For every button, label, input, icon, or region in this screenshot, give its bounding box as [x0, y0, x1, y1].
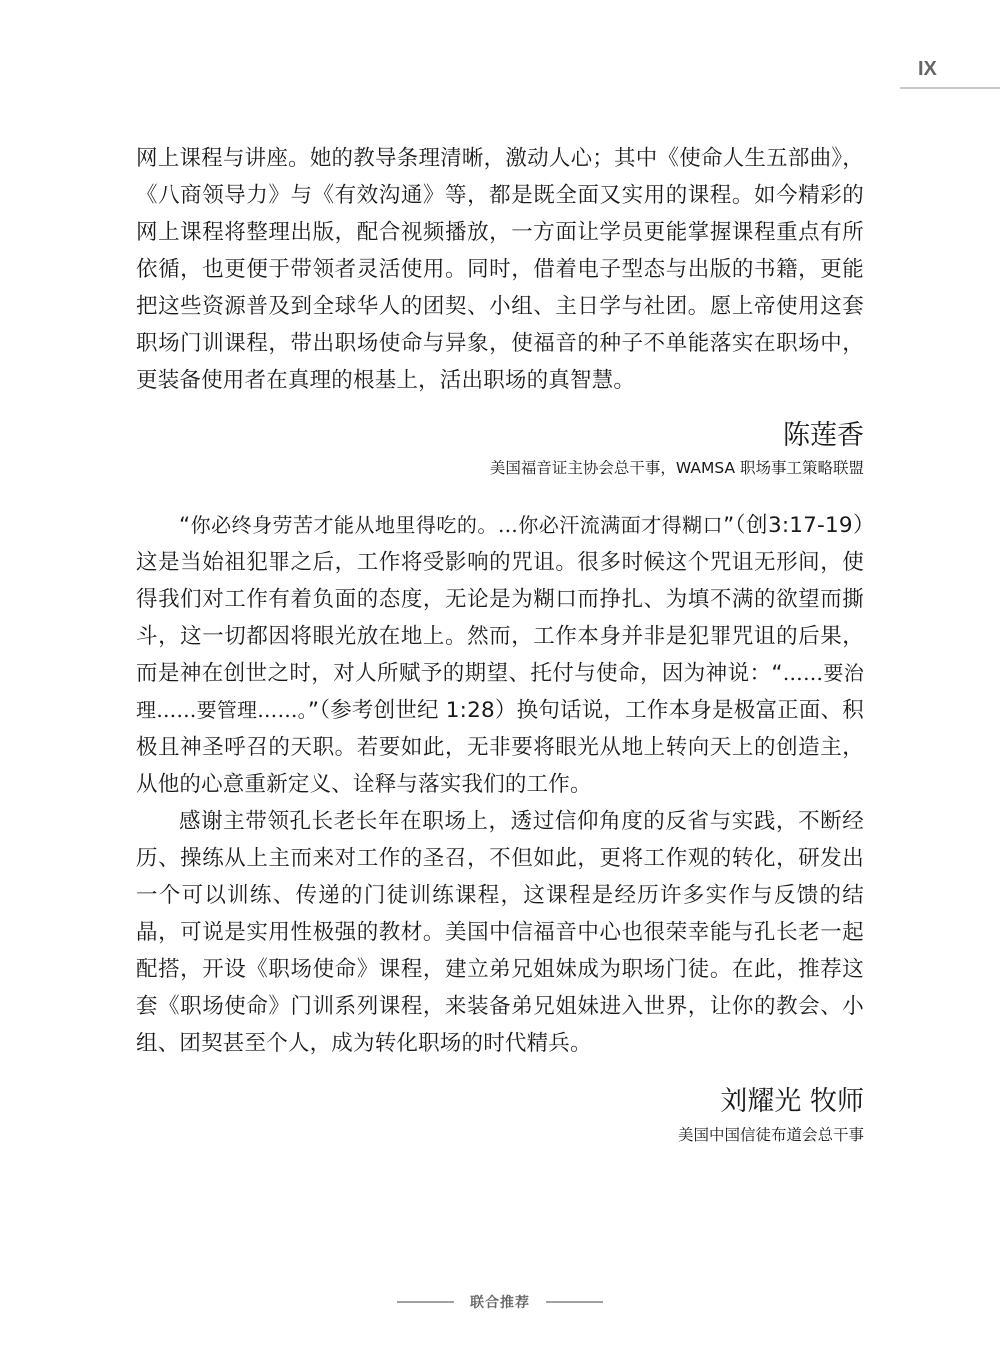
recommendation-paragraph-2: 感谢主带领孔长老长年在职场上，透过信仰角度的反省与实践，不断经历、操练从上主而来… — [136, 803, 864, 1062]
header-divider — [900, 87, 1000, 89]
quote-close-mark: ” — [723, 513, 734, 538]
quote-open-mark: “ — [179, 513, 190, 538]
section-label: 联合推荐 — [470, 1292, 530, 1312]
recommendation-chen: 网上课程与讲座。她的教导条理清晰，激动人心；其中《使命人生五部曲》，《八商领导力… — [136, 140, 864, 479]
signature-name: 刘耀光 牧师 — [136, 1085, 864, 1119]
scripture-quote: 你必终身劳苦才能从地里得吃的。…你必汗流满面才得糊口 — [190, 513, 723, 537]
footer-divider-left — [397, 1301, 454, 1303]
signature-title: 美国中国信徒布道会总干事 — [136, 1124, 864, 1146]
recommendation-paragraph: 网上课程与讲座。她的教导条理清晰，激动人心；其中《使命人生五部曲》，《八商领导力… — [136, 140, 864, 399]
paragraph-text: （创3:17-19）这是当始祖犯罪之后，工作将受影响的咒诅。很多时候这个咒诅无形… — [136, 513, 864, 686]
signature-name: 陈莲香 — [136, 419, 864, 453]
signature-title: 美国福音证主协会总干事，WAMSA 职场事工策略联盟 — [136, 457, 864, 479]
footer-divider-right — [546, 1301, 603, 1303]
page-content: 网上课程与讲座。她的教导条理清晰，激动人心；其中《使命人生五部曲》，《八商领导力… — [136, 140, 864, 1146]
recommendation-liu: “你必终身劳苦才能从地里得吃的。…你必汗流满面才得糊口”（创3:17-19）这是… — [136, 507, 864, 1146]
page-footer: 联合推荐 — [0, 1290, 1000, 1314]
page-number: IX — [918, 58, 937, 81]
recommendation-paragraph-1: “你必终身劳苦才能从地里得吃的。…你必汗流满面才得糊口”（创3:17-19）这是… — [136, 507, 864, 803]
